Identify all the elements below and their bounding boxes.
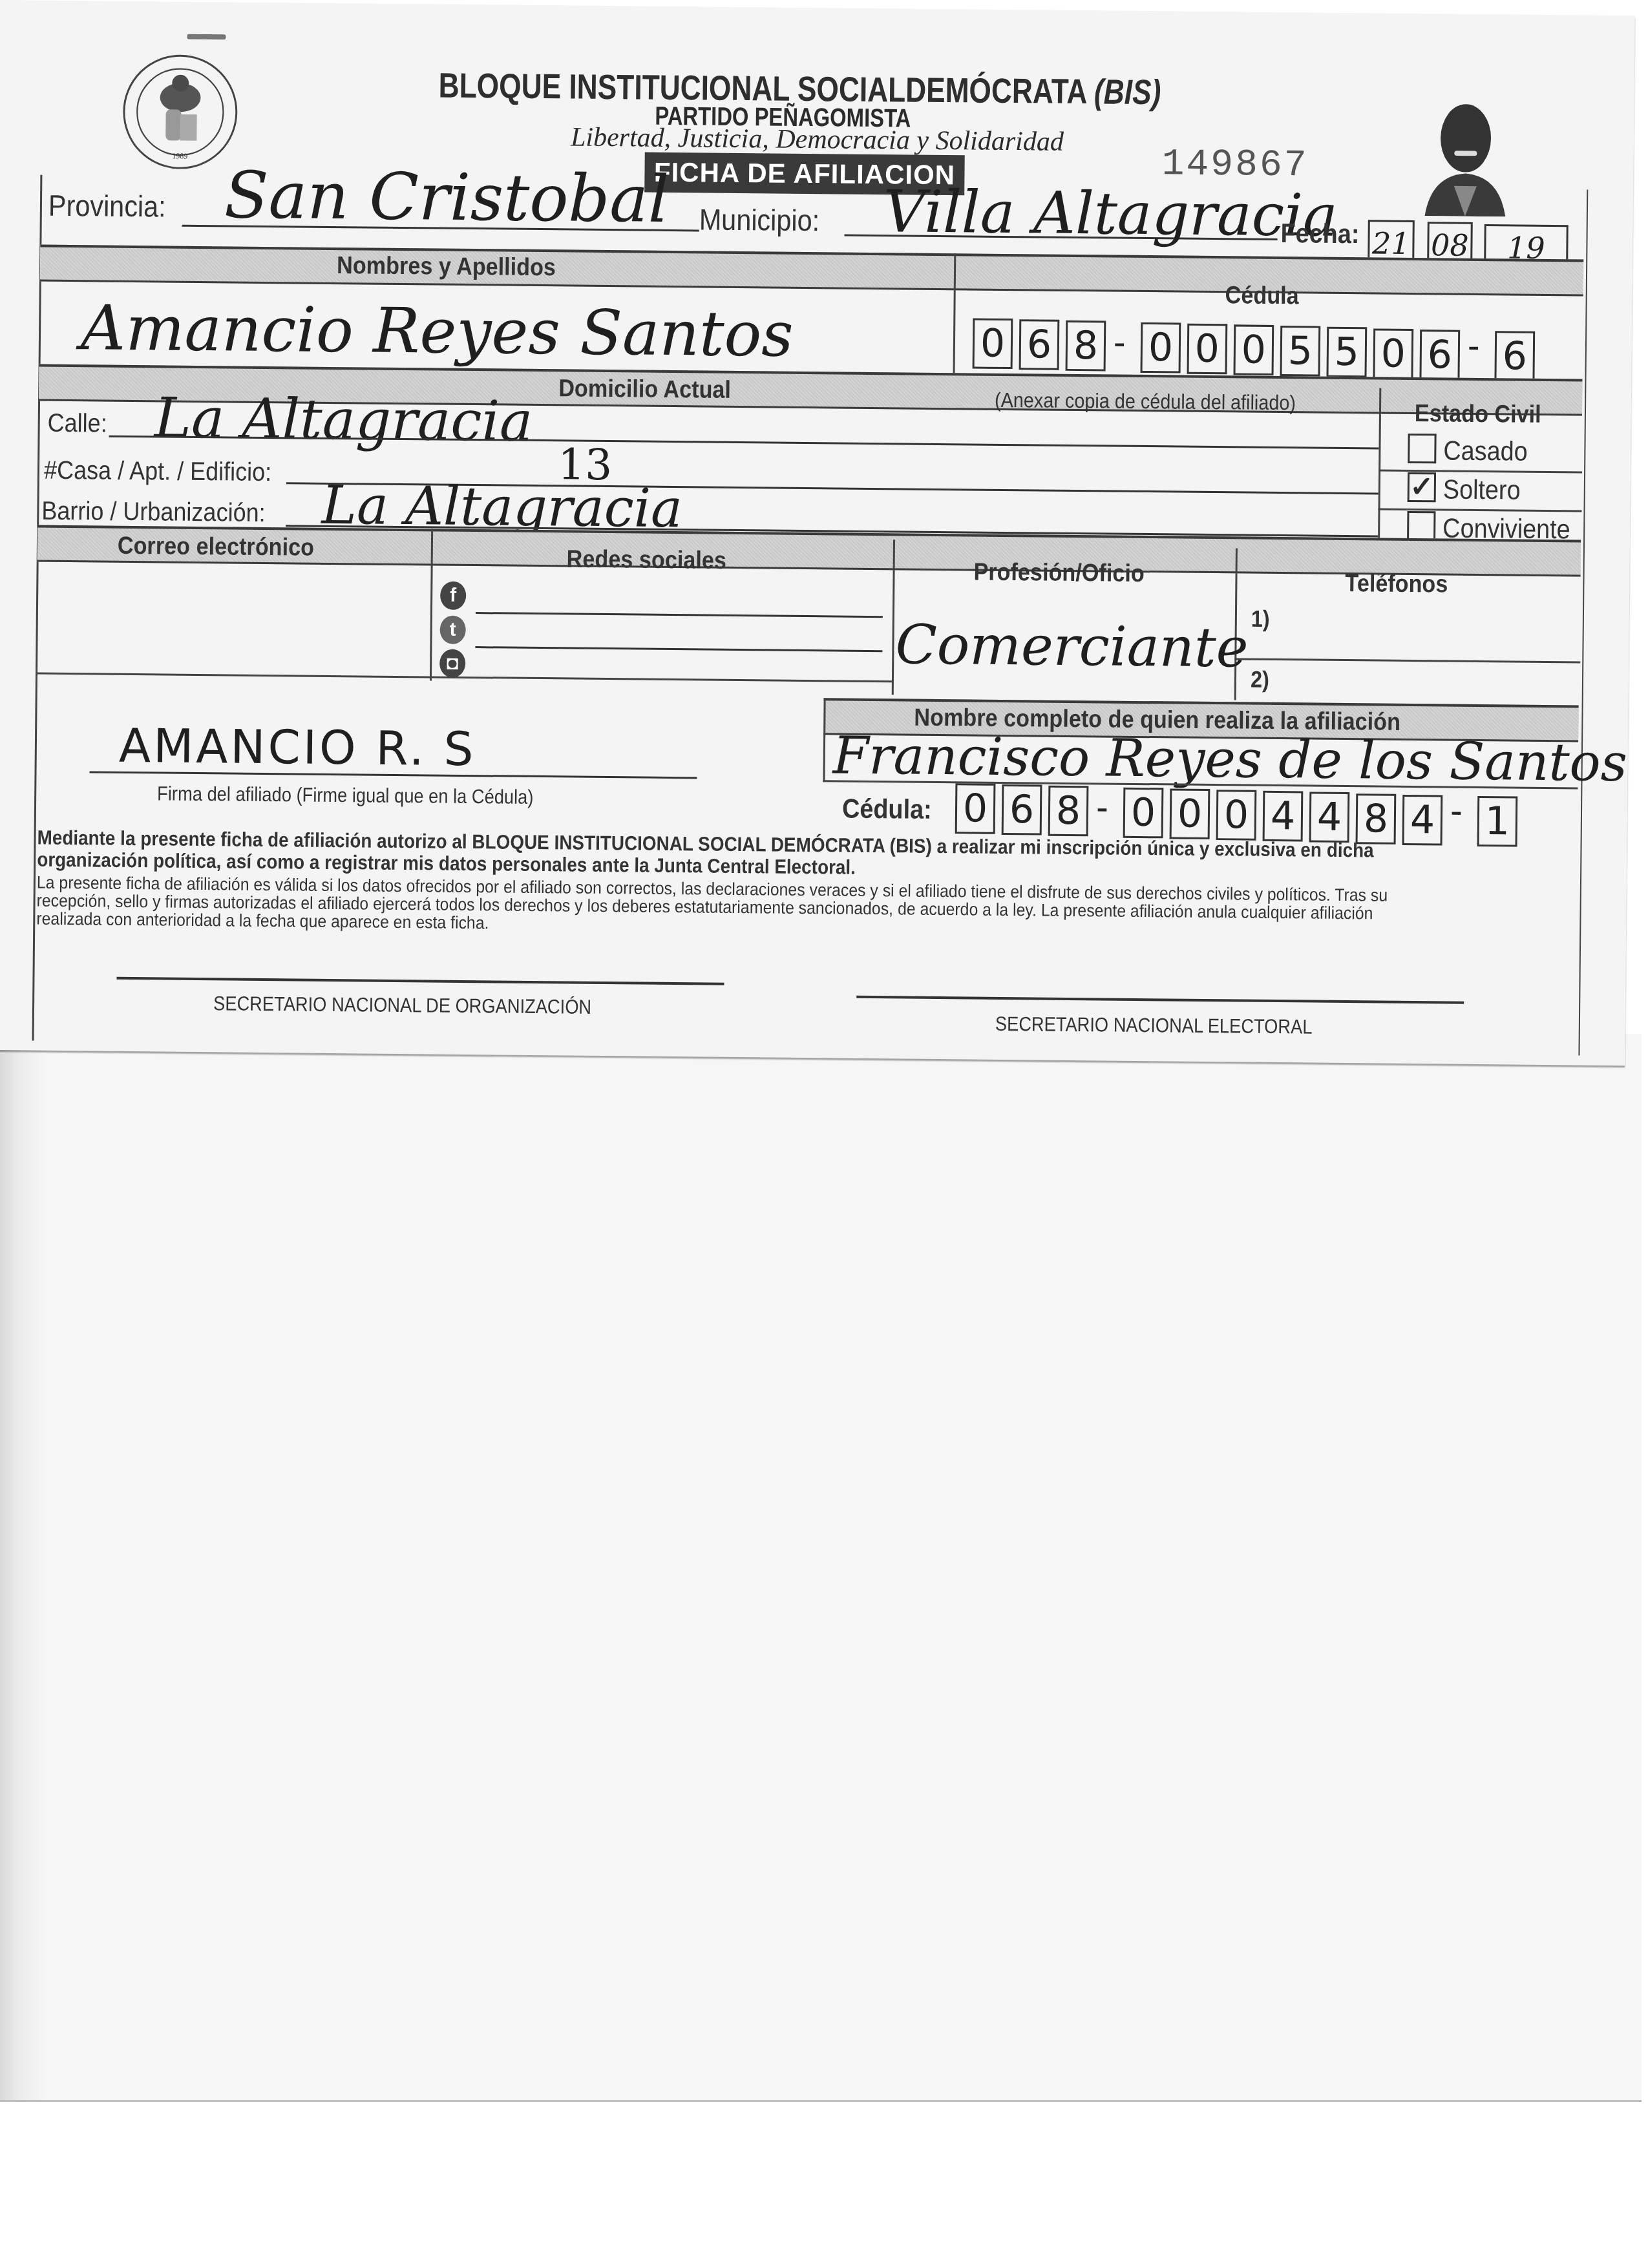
civil-status-label: Soltero (1443, 474, 1521, 505)
cedula-digit-box[interactable]: 0 (1170, 788, 1210, 839)
cedula-header: Cédula (1225, 282, 1298, 310)
phone-label: 2) (1251, 666, 1269, 693)
affiliator-cedula-label: Cédula: (842, 793, 932, 825)
organization-secretary-label: SECRETARIO NACIONAL DE ORGANIZACIÓN (213, 992, 591, 1019)
affiliate-signature[interactable]: AMANCIO R. S (119, 719, 476, 776)
affiliate-cedula-field[interactable]: 068-0005506-6 (0, 0, 1635, 16)
svg-text:1989: 1989 (172, 151, 187, 160)
social-list: ft◘ (0, 0, 1635, 16)
phones-list: 1)2) (0, 0, 1635, 16)
affiliate-name-field[interactable]: Amancio Reyes Santos (81, 291, 794, 371)
cedula-digit-box[interactable]: 6 (1019, 319, 1060, 370)
cedula-digit-box[interactable]: 8 (1356, 793, 1397, 845)
cedula-note: (Anexar copia de cédula del afiliado) (995, 388, 1296, 415)
municipio-field[interactable]: Villa Altagracia (883, 178, 1338, 250)
phone-field-1[interactable] (1287, 605, 1572, 647)
domicilio-header: Domicilio Actual (558, 375, 731, 404)
cedula-digit-box[interactable]: 5 (1280, 326, 1321, 377)
cedula-digit-box[interactable]: 0 (1123, 787, 1164, 838)
cedula-digit-box[interactable]: 0 (1234, 324, 1274, 375)
cedula-digit-box[interactable]: 8 (1066, 320, 1106, 372)
cedula-digit-box[interactable]: 0 (1187, 323, 1228, 374)
cedula-dash: - (1450, 790, 1463, 832)
fist-rose-emblem-icon: 1989 (120, 52, 240, 173)
cedula-digit-box[interactable]: 4 (1402, 795, 1443, 846)
staple-mark (187, 34, 226, 40)
fecha-label: Fecha: (1280, 218, 1359, 249)
civil-status-checkbox-casado[interactable] (1408, 434, 1436, 463)
cedula-dash: - (1468, 324, 1480, 366)
cedula-digit-box[interactable]: 8 (1048, 786, 1089, 837)
provincia-field[interactable]: San Cristobal (224, 157, 670, 237)
calle-label: Calle: (47, 409, 107, 439)
civil-status-label: Casado (1443, 435, 1528, 467)
signature-label: Firma del afiliado (Firme igual que en l… (157, 782, 534, 809)
cedula-digit-box[interactable]: 4 (1263, 791, 1304, 842)
affiliator-cedula-field[interactable]: 068-0004484-1 (0, 0, 1635, 16)
cedula-digit-box[interactable]: 6 (1002, 784, 1042, 835)
cedula-dash: - (1114, 321, 1126, 363)
cedula-digit-box[interactable]: 0 (1373, 328, 1413, 379)
email-field[interactable] (45, 569, 421, 670)
back-sheet (0, 1034, 1642, 2102)
municipio-label: Municipio: (699, 202, 820, 238)
phone-field-2[interactable] (1286, 666, 1571, 708)
cedula-digit-box[interactable]: 4 (1309, 792, 1350, 843)
calle-field[interactable]: La Altagracia (154, 386, 533, 454)
cedula-digit-box[interactable]: 0 (1141, 322, 1181, 373)
names-header: Nombres y Apellidos (337, 252, 556, 282)
twitter-icon: t (439, 616, 465, 644)
cedula-digit-box[interactable]: 0 (973, 318, 1013, 369)
electoral-secretary-label: SECRETARIO NACIONAL ELECTORAL (995, 1013, 1313, 1039)
cedula-digit-box[interactable]: 5 (1326, 327, 1367, 378)
facebook-icon: f (440, 582, 466, 610)
cedula-digit-box[interactable]: 0 (955, 783, 996, 834)
email-header: Correo electrónico (118, 532, 314, 562)
affiliation-form: 1989 BLOQUE INSTITUCIONAL SOCIALDEMÓCRAT… (0, 0, 1635, 1066)
profession-header: Profesión/Oficio (973, 559, 1145, 589)
casa-label: #Casa / Apt. / Edificio: (44, 456, 272, 487)
phone-label: 1) (1251, 605, 1270, 633)
profession-field[interactable]: Comerciante (895, 613, 1249, 679)
social-header: Redes sociales (567, 545, 727, 574)
phones-header: Teléfonos (1345, 570, 1448, 599)
cedula-digit-box[interactable]: 0 (1216, 790, 1257, 841)
cedula-dash: - (1096, 786, 1108, 828)
civil-status-options: Casado✓SolteroConviviente (0, 0, 1635, 16)
instagram-icon: ◘ (439, 649, 465, 678)
cedula-digit-box[interactable]: 6 (1494, 331, 1535, 382)
barrio-label: Barrio / Urbanización: (41, 497, 266, 528)
provincia-label: Provincia: (48, 188, 166, 224)
civil-status-checkbox-conviviente[interactable] (1407, 511, 1435, 541)
cedula-digit-box[interactable]: 6 (1419, 330, 1460, 381)
cedula-digit-box[interactable]: 1 (1477, 796, 1518, 847)
estado-civil-header: Estado Civil (1415, 400, 1541, 429)
civil-status-checkbox-soltero[interactable]: ✓ (1408, 472, 1436, 502)
